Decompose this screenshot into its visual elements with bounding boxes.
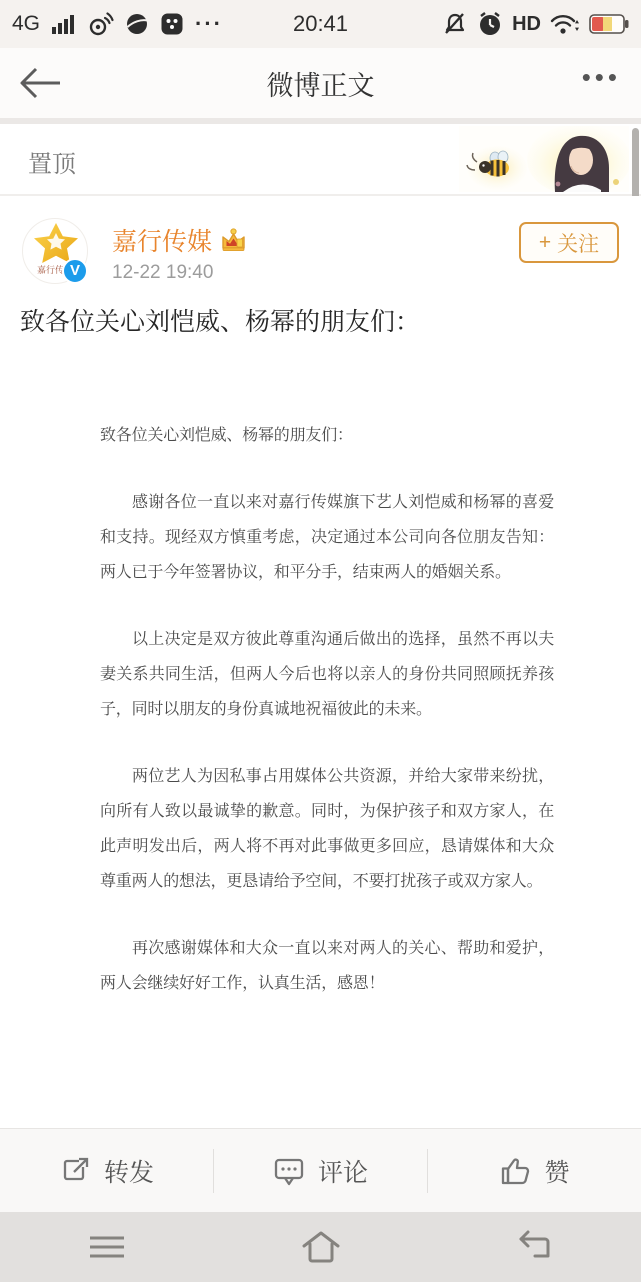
weibo-notification-icon [88,12,114,36]
page-title: 微博正文 [0,64,641,103]
status-bar: 4G ··· [0,0,641,48]
post-action-bar: 转发 评论 赞 [0,1128,641,1212]
repost-icon [59,1155,91,1187]
menu-icon [84,1231,130,1263]
more-options-button[interactable]: ••• [582,62,621,93]
post-text: 致各位关心刘恺威、杨幂的朋友们： [20,302,420,338]
pinned-badge: 置顶 [28,144,76,179]
wifi-icon [550,11,580,37]
pinned-thumbnail [459,126,629,192]
author-name[interactable]: 嘉行传媒 [112,222,212,258]
vip-crown-icon [220,228,247,253]
hd-voice-indicator: HD [512,13,541,36]
more-notifications-icon: ··· [195,11,223,37]
back-button[interactable] [18,66,62,100]
comment-icon [273,1155,305,1187]
comment-button[interactable]: 评论 [214,1129,427,1212]
comment-label: 评论 [318,1153,368,1189]
home-icon [298,1229,344,1265]
title-bar: 微博正文 ••• [0,48,641,118]
recents-button[interactable] [0,1231,214,1263]
back-nav-button[interactable] [427,1229,641,1265]
letter-paragraph: 以上决定是双方彼此尊重沟通后做出的选择，虽然不再以夫妻关系共同生活，但两人今后也… [100,622,554,727]
phone-screen: 4G ··· [0,0,641,1282]
letter-salutation: 致各位关心刘恺威、杨幂的朋友们： [100,418,554,453]
plus-icon: + [539,231,551,255]
browser-notification-icon [125,12,149,36]
home-button[interactable] [214,1229,428,1265]
letter-paragraph: 两位艺人为因私事占用媒体公共资源，并给大家带来纷扰，向所有人致以最诚挚的歉意。同… [100,759,554,899]
letter-paragraph: 再次感谢媒体和大众一直以来对两人的关心、帮助和爱护，两人会继续好好工作，认真生活… [100,931,554,1001]
post-timestamp: 12-22 19:40 [112,262,213,284]
alarm-clock-icon [477,11,503,37]
statement-image[interactable]: 致各位关心刘恺威、杨幂的朋友们： 感谢各位一直以来对嘉行传媒旗下艺人刘恺威和杨幂… [100,418,554,1001]
android-navigation-bar [0,1212,641,1282]
pinned-post-row: 置顶 [0,124,641,194]
repost-button[interactable]: 转发 [0,1129,213,1212]
follow-label: 关注 [557,228,599,258]
status-clock: 20:41 [293,11,348,37]
network-type-label: 4G [12,12,40,36]
battery-icon [589,13,629,35]
like-icon [499,1155,531,1187]
letter-paragraph: 感谢各位一直以来对嘉行传媒旗下艺人刘恺威和杨幂的喜爱和支持。现经双方慎重考虑，决… [100,485,554,590]
weibo-post: 嘉行传媒 V 嘉行传媒 12-22 19:40 + 关注 致各位关心刘恺威、杨幂… [0,196,641,1128]
follow-button[interactable]: + 关注 [519,222,619,263]
return-arrow-icon [511,1229,557,1265]
signal-strength-icon [51,13,77,35]
mute-bell-icon [442,11,468,37]
like-label: 赞 [544,1153,569,1189]
repost-label: 转发 [104,1153,154,1189]
gold-star-logo [30,221,82,263]
verified-badge-icon: V [62,258,88,284]
like-button[interactable]: 赞 [428,1129,641,1212]
app-notification-icon [160,12,184,36]
